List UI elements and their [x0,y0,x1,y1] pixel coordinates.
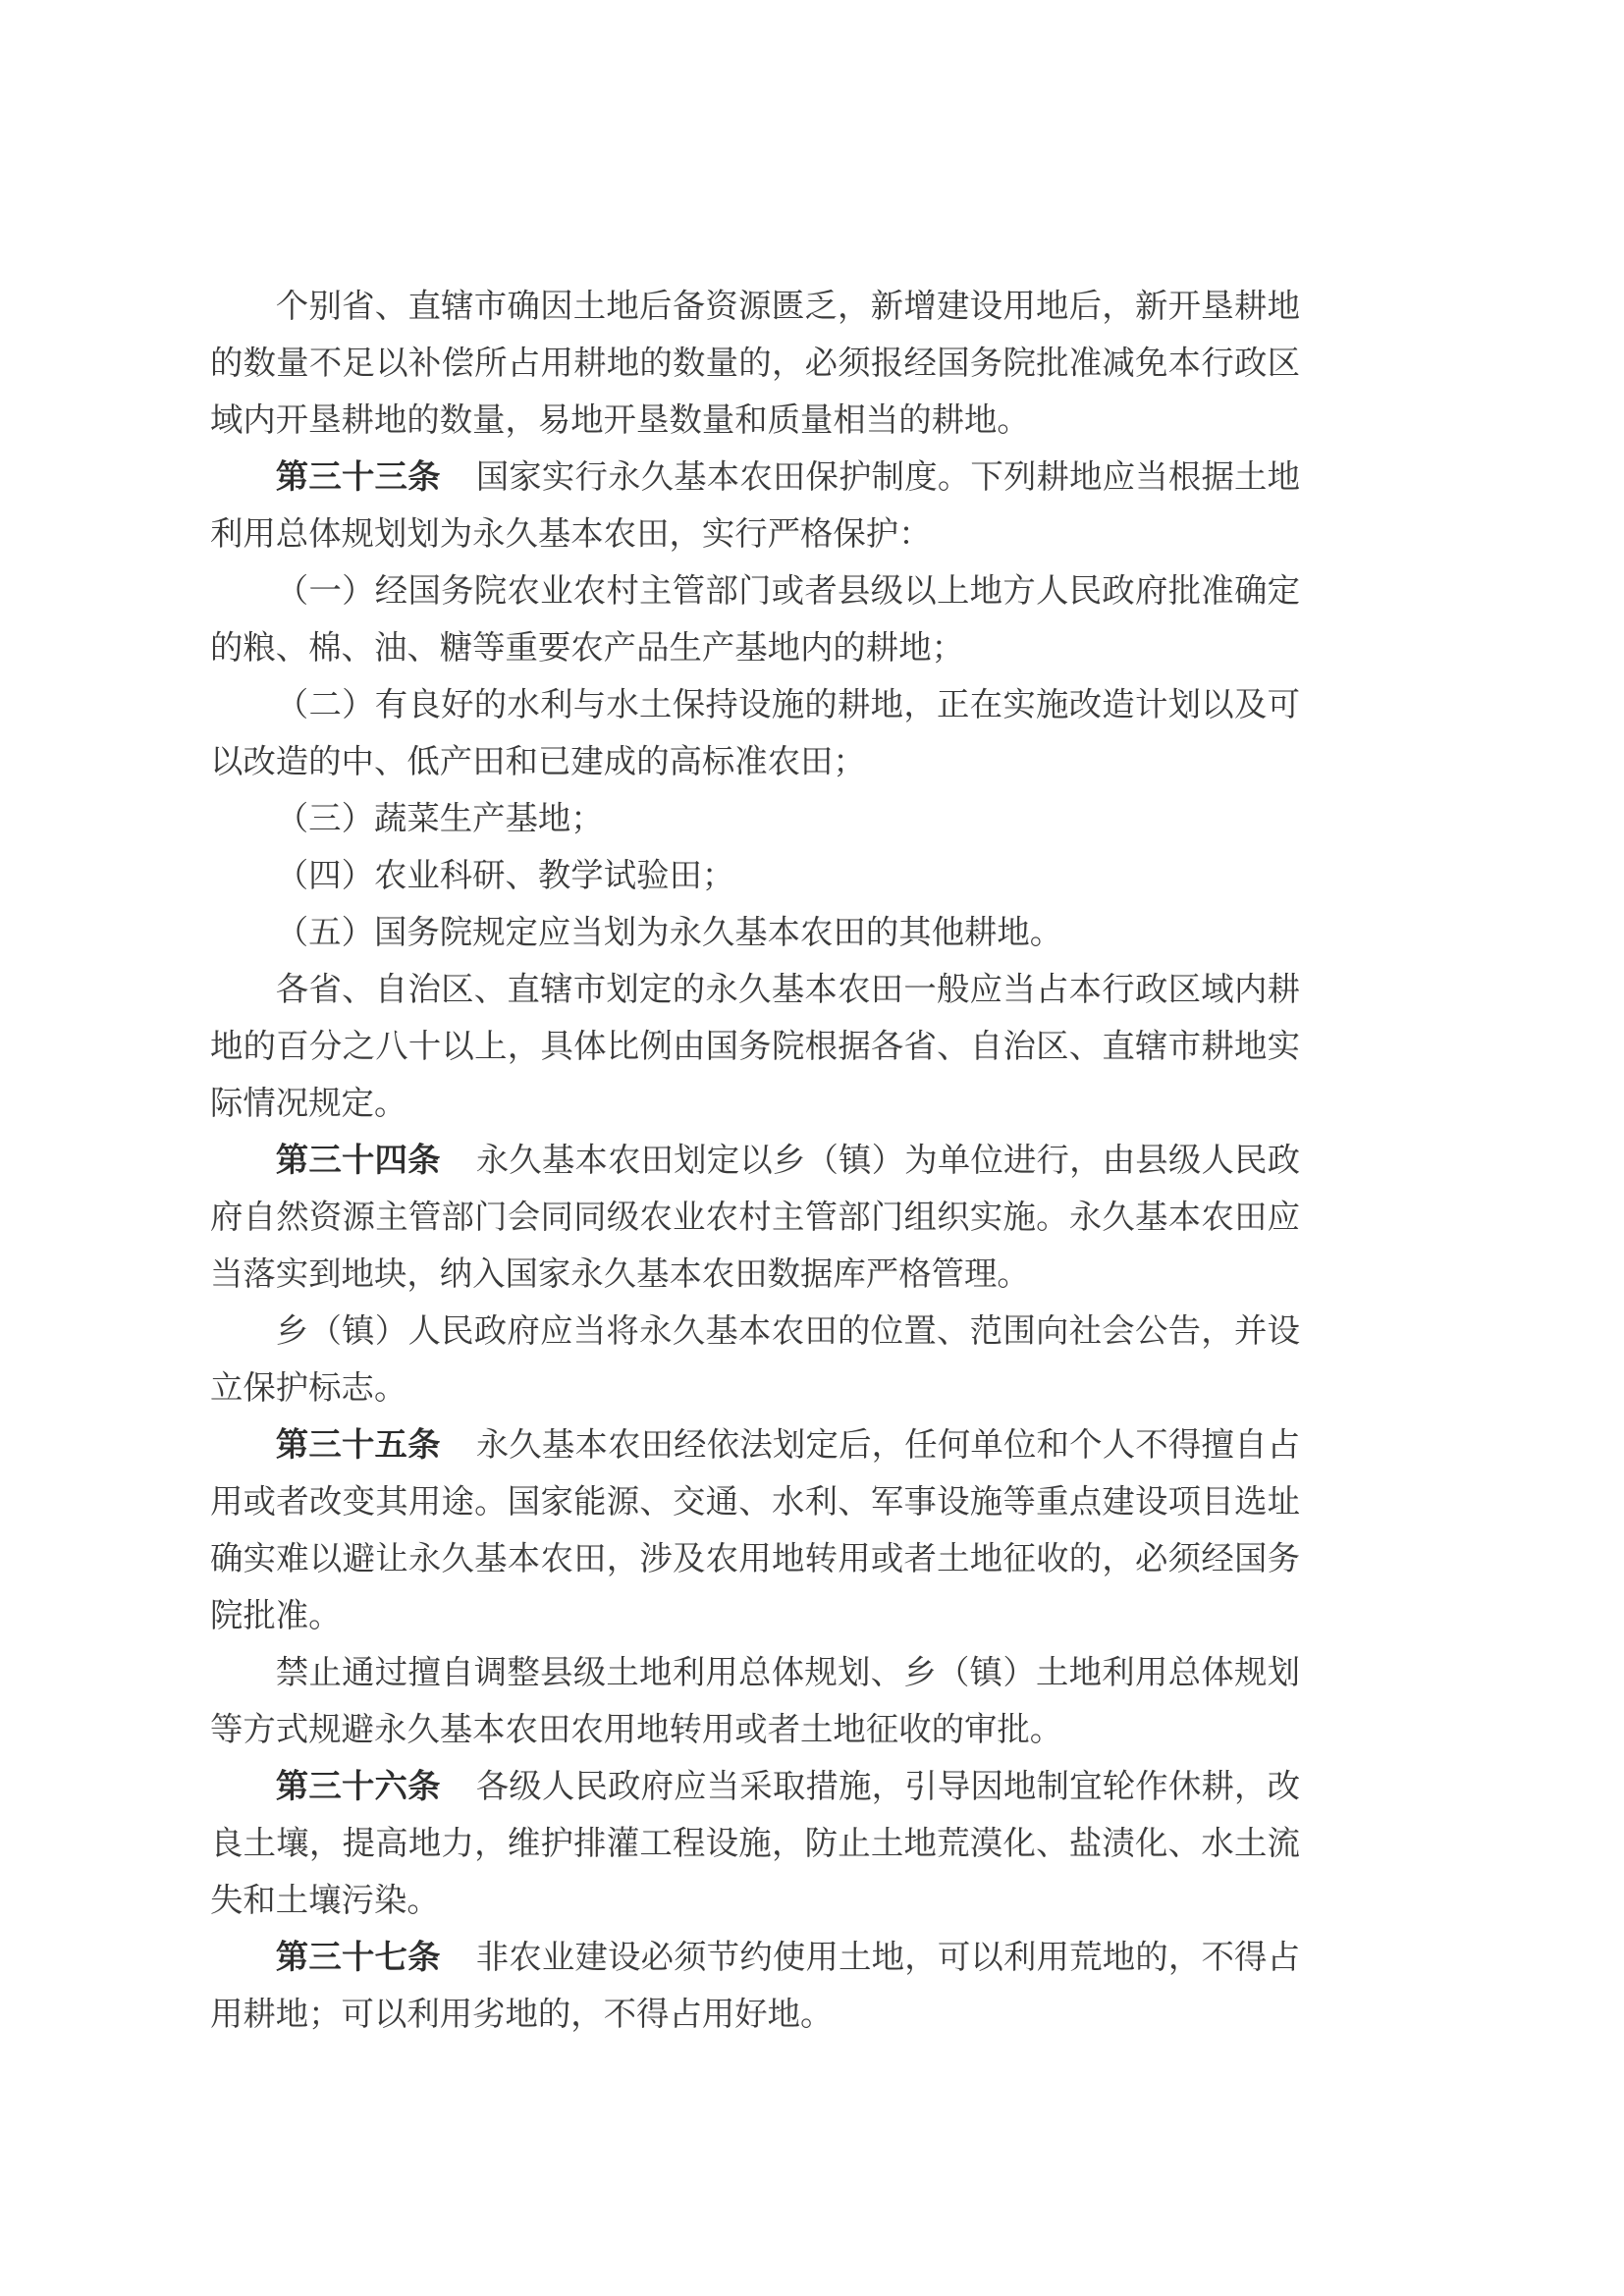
article-paragraph: 第三十七条非农业建设必须节约使用土地，可以利用荒地的，不得占用耕地；可以利用劣地… [210,1930,1300,2044]
paragraph-text: 各省、自治区、直辖市划定的永久基本农田一般应当占本行政区域内耕地的百分之八十以上… [210,972,1300,1122]
article-paragraph: 第三十四条永久基本农田划定以乡（镇）为单位进行，由县级人民政府自然资源主管部门会… [210,1133,1300,1304]
document-body: 个别省、直辖市确因土地后备资源匮乏，新增建设用地后，新开垦耕地的数量不足以补偿所… [210,279,1300,2044]
list-item-paragraph: （五）国务院规定应当划为永久基本农田的其他耕地。 [210,905,1300,962]
article-number: 第三十五条 [276,1427,441,1464]
body-paragraph: 禁止通过擅自调整县级土地利用总体规划、乡（镇）土地利用总体规划等方式规避永久基本… [210,1645,1300,1759]
list-item-paragraph: （三）蔬菜生产基地； [210,791,1300,848]
list-item-paragraph: （四）农业科研、教学试验田； [210,848,1300,905]
article-number: 第三十六条 [276,1769,441,1805]
paragraph-text: （二）有良好的水利与水土保持设施的耕地，正在实施改造计划以及可以改造的中、低产田… [210,687,1300,780]
paragraph-text: 个别省、直辖市确因土地后备资源匮乏，新增建设用地后，新开垦耕地的数量不足以补偿所… [210,289,1300,439]
article-paragraph: 第三十五条永久基本农田经依法划定后，任何单位和个人不得擅自占用或者改变其用途。国… [210,1417,1300,1645]
paragraph-text: （五）国务院规定应当划为永久基本农田的其他耕地。 [276,915,1062,951]
paragraph-text: （三）蔬菜生产基地； [276,801,604,837]
paragraph-text: 禁止通过擅自调整县级土地利用总体规划、乡（镇）土地利用总体规划等方式规避永久基本… [210,1655,1300,1748]
list-item-paragraph: （一）经国务院农业农村主管部门或者县级以上地方人民政府批准确定的粮、棉、油、糖等… [210,563,1300,677]
article-number: 第三十三条 [276,459,441,496]
paragraph-text: （四）农业科研、教学试验田； [276,858,734,894]
article-paragraph: 第三十六条各级人民政府应当采取措施，引导因地制宜轮作休耕，改良土壤，提高地力，维… [210,1759,1300,1930]
article-paragraph: 第三十三条国家实行永久基本农田保护制度。下列耕地应当根据土地利用总体规划划为永久… [210,450,1300,563]
article-number: 第三十七条 [276,1940,441,1976]
list-item-paragraph: （二）有良好的水利与水土保持设施的耕地，正在实施改造计划以及可以改造的中、低产田… [210,677,1300,791]
document-page: 个别省、直辖市确因土地后备资源匮乏，新增建设用地后，新开垦耕地的数量不足以补偿所… [0,0,1624,2296]
body-paragraph: 乡（镇）人民政府应当将永久基本农田的位置、范围向社会公告，并设立保护标志。 [210,1304,1300,1417]
paragraph-text: 乡（镇）人民政府应当将永久基本农田的位置、范围向社会公告，并设立保护标志。 [210,1313,1300,1407]
body-paragraph: 各省、自治区、直辖市划定的永久基本农田一般应当占本行政区域内耕地的百分之八十以上… [210,962,1300,1133]
paragraph-text: （一）经国务院农业农村主管部门或者县级以上地方人民政府批准确定的粮、棉、油、糖等… [210,573,1300,667]
body-paragraph: 个别省、直辖市确因土地后备资源匮乏，新增建设用地后，新开垦耕地的数量不足以补偿所… [210,279,1300,450]
article-number: 第三十四条 [276,1143,441,1179]
